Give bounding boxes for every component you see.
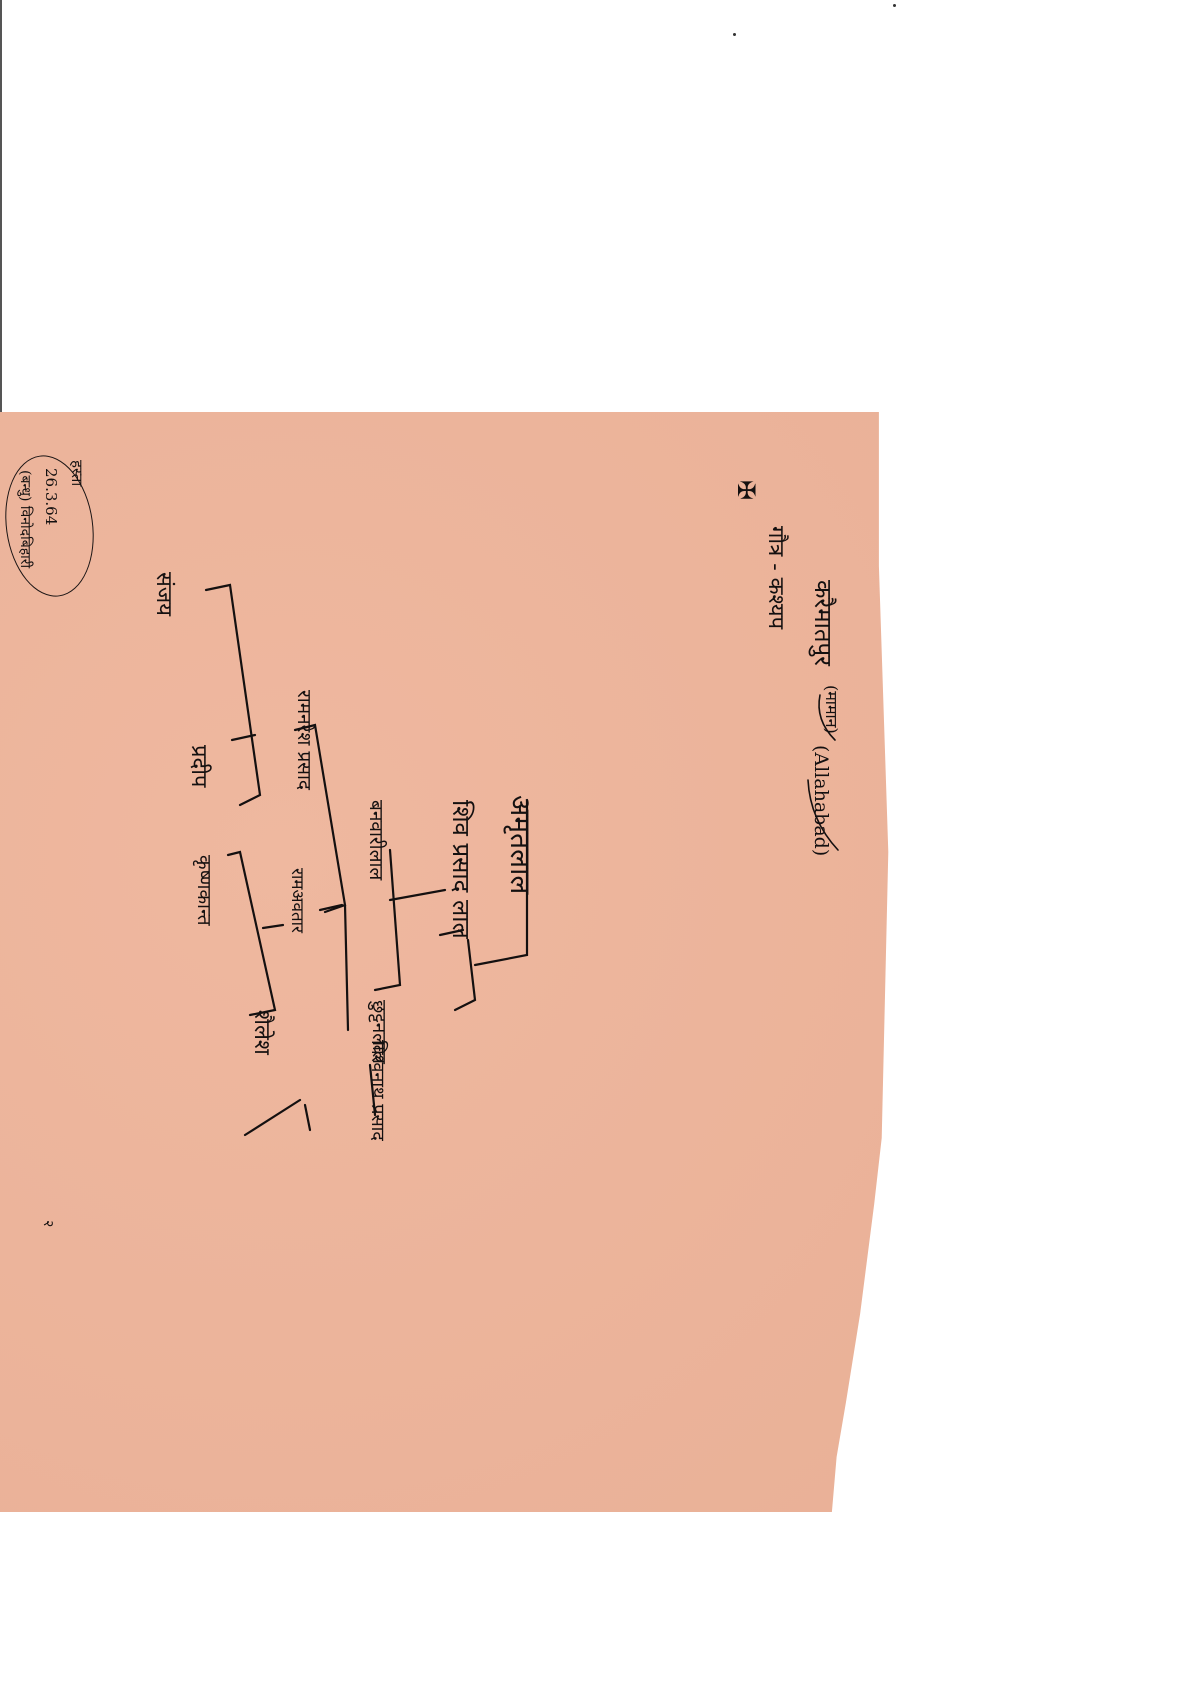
header-place-latin: (Allahabad) xyxy=(810,745,832,856)
tree-gen4-chhuttan-0: विश्वनाथ प्रसाद xyxy=(366,1040,390,1141)
header-mark: ✠ xyxy=(732,480,760,500)
tree-gen5-3: शैलेश xyxy=(248,1010,278,1055)
tree-gen5-2: कृष्णकान्त xyxy=(192,855,218,926)
header-gotra: गौत्र - कश्यप xyxy=(762,526,792,629)
scan-speck xyxy=(893,4,896,7)
tree-root: अमृतलाल xyxy=(502,795,540,894)
tree-gen4-0: रामनरेश प्रसाद xyxy=(292,690,318,790)
tree-gen3-0: बनवारीलाल xyxy=(364,800,390,880)
tree-gen5-1: प्रदीप xyxy=(185,745,215,787)
stamp-date: 26.3.64 xyxy=(42,468,60,525)
header-place-note: (मामान) xyxy=(821,685,843,734)
scan-speck xyxy=(733,33,736,36)
stamp-initials: हस्ता xyxy=(68,460,86,486)
tree-gen4-1: रामअवतार xyxy=(287,868,310,933)
scan-edge-line xyxy=(0,0,2,430)
header-place: करैमातपुर xyxy=(807,580,840,666)
tree-gen5-0: संजय xyxy=(150,572,180,616)
page-number: २ xyxy=(39,1220,58,1227)
paper-sheet xyxy=(0,412,940,1512)
tree-gen2: शिव प्रसाद लाल xyxy=(445,800,478,939)
stamp-note: (बन्धु) विनोदबिहारी xyxy=(16,470,35,568)
